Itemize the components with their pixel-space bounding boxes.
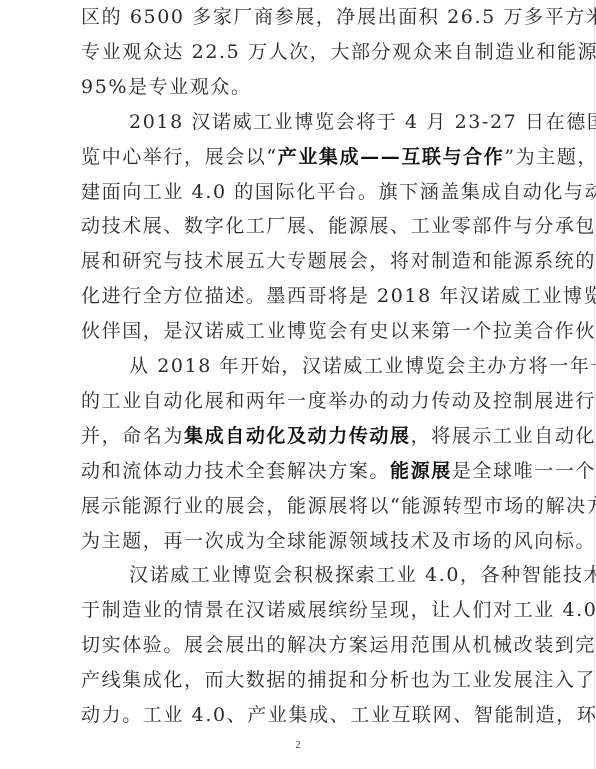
text-line: 汉诺威工业博览会积极探索工业 4.0，各种智能技术运用 xyxy=(81,563,596,587)
text-segment: 于制造业的情景在汉诺威展缤纷呈现，让人们对工业 4.0 有了 xyxy=(81,599,596,621)
text-line: 并，命名为集成自动化及动力传动展，将展示工业自动化、传 xyxy=(81,424,596,448)
text-segment: 伙伴国，是汉诺威工业博览会有史以来第一个拉美合作伙伴国。 xyxy=(81,320,596,342)
text-segment: 的工业自动化展和两年一度举办的动力传动及控制展进行合 xyxy=(81,390,596,412)
text-line: 于制造业的情景在汉诺威展缤纷呈现，让人们对工业 4.0 有了 xyxy=(81,598,596,622)
bold-text-segment: 集成自动化及动力传动展 xyxy=(184,425,411,447)
text-line: 展示能源行业的展会，能源展将以“能源转型市场的解决方案” xyxy=(81,494,596,518)
text-line: 区的 6500 多家厂商参展，净展出面积 26.5 万多平方米，接待 xyxy=(81,5,596,29)
text-segment: 建面向工业 4.0 的国际化平台。旗下涵盖集成自动化与动力传 xyxy=(81,181,596,203)
text-line: 览中心举行，展会以“产业集成——互联与合作”为主题，搭 xyxy=(81,145,596,169)
text-segment: 展和研究与技术展五大专题展会，将对制造和能源系统的数字 xyxy=(81,250,596,272)
text-line: 专业观众达 22.5 万人次，大部分观众来自制造业和能源行业， xyxy=(81,40,596,64)
text-segment: 区的 6500 多家厂商参展，净展出面积 26.5 万多平方米，接待 xyxy=(81,6,596,28)
text-line: 化进行全方位描述。墨西哥将是 2018 年汉诺威工业博览会合作 xyxy=(81,284,596,308)
text-segment: 专业观众达 22.5 万人次，大部分观众来自制造业和能源行业， xyxy=(81,41,596,63)
text-line: 的工业自动化展和两年一度举办的动力传动及控制展进行合 xyxy=(81,389,596,413)
bold-text-segment: 产业集成——互联与合作 xyxy=(278,146,505,168)
text-line: 动力。工业 4.0、产业集成、工业互联网、智能制造，环境虽不 xyxy=(81,703,596,727)
text-segment: 为主题，再一次成为全球能源领域技术及市场的风向标。 xyxy=(81,530,596,552)
text-segment: 动技术展、数字化工厂展、能源展、工业零部件与分承包技术 xyxy=(81,215,596,237)
text-segment: 览中心举行，展会以“ xyxy=(81,146,278,168)
text-segment: 动力。工业 4.0、产业集成、工业互联网、智能制造，环境虽不 xyxy=(81,704,596,726)
text-line: 从 2018 年开始，汉诺威工业博览会主办方将一年一度举办 xyxy=(81,354,596,378)
page-number: 2 xyxy=(290,740,306,751)
text-segment: 并，命名为 xyxy=(81,425,184,447)
text-line: 产线集成化，而大数据的捕捉和分析也为工业发展注入了新鲜 xyxy=(81,668,596,692)
text-segment: 95%是专业观众。 xyxy=(81,76,252,98)
text-line: 2018 汉诺威工业博览会将于 4 月 23-27 日在德国汉诺威展 xyxy=(81,110,596,134)
text-segment: 化进行全方位描述。墨西哥将是 2018 年汉诺威工业博览会合作 xyxy=(81,285,596,307)
bold-text-segment: 能源展 xyxy=(390,460,452,482)
text-segment: 是全球唯一一个完整 xyxy=(452,460,596,482)
text-line: 展和研究与技术展五大专题展会，将对制造和能源系统的数字 xyxy=(81,249,596,273)
text-line: 95%是专业观众。 xyxy=(81,75,252,99)
text-segment: ，将展示工业自动化、传 xyxy=(411,425,596,447)
text-segment: 切实体验。展会展出的解决方案运用范围从机械改装到完整生 xyxy=(81,634,596,656)
text-segment: 动和流体动力技术全套解决方案。 xyxy=(81,460,390,482)
text-line: 切实体验。展会展出的解决方案运用范围从机械改装到完整生 xyxy=(81,633,596,657)
text-line: 建面向工业 4.0 的国际化平台。旗下涵盖集成自动化与动力传 xyxy=(81,180,596,204)
text-line: 动技术展、数字化工厂展、能源展、工业零部件与分承包技术 xyxy=(81,214,596,238)
text-line: 伙伴国，是汉诺威工业博览会有史以来第一个拉美合作伙伴国。 xyxy=(81,319,596,343)
text-segment: 2018 汉诺威工业博览会将于 4 月 23-27 日在德国汉诺威展 xyxy=(129,111,596,133)
text-segment: 展示能源行业的展会，能源展将以“能源转型市场的解决方案” xyxy=(81,495,596,517)
text-segment: ”为主题，搭 xyxy=(504,146,596,168)
text-segment: 汉诺威工业博览会积极探索工业 4.0，各种智能技术运用 xyxy=(129,564,596,586)
text-line: 为主题，再一次成为全球能源领域技术及市场的风向标。 xyxy=(81,529,596,553)
text-segment: 产线集成化，而大数据的捕捉和分析也为工业发展注入了新鲜 xyxy=(81,669,596,691)
text-segment: 从 2018 年开始，汉诺威工业博览会主办方将一年一度举办 xyxy=(129,355,596,377)
text-line: 动和流体动力技术全套解决方案。能源展是全球唯一一个完整 xyxy=(81,459,596,483)
